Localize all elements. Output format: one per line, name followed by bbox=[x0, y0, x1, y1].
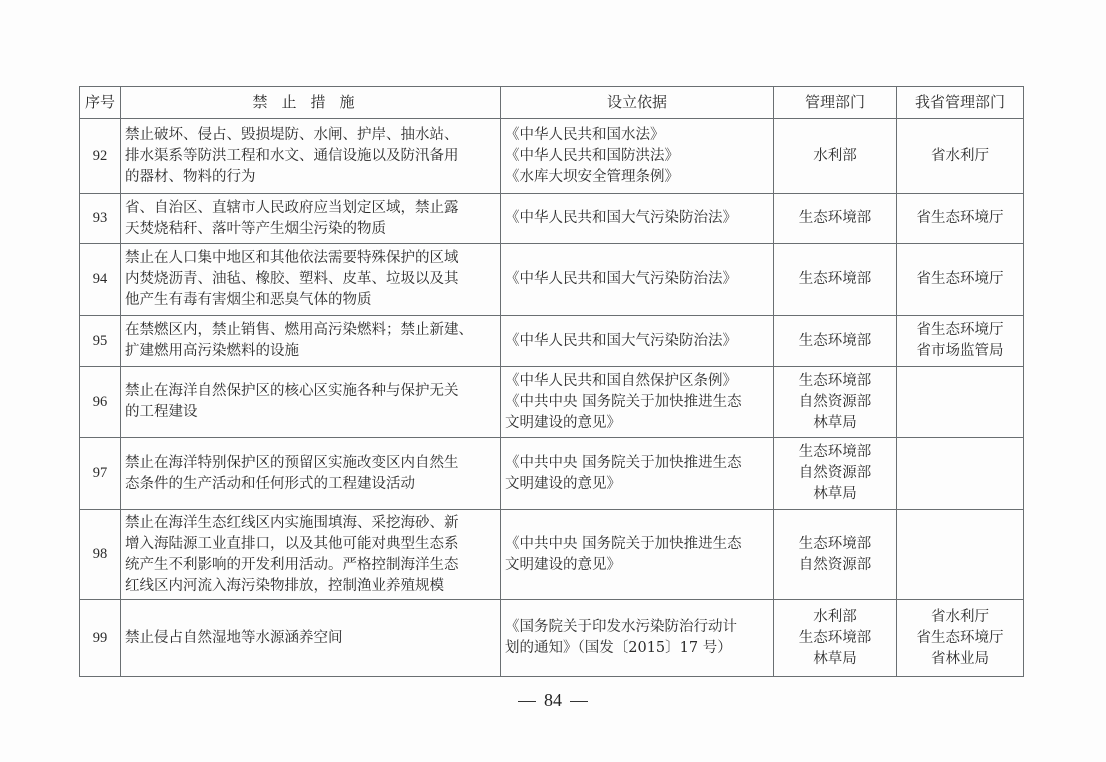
managing-department-line: 生态环境部 bbox=[778, 208, 892, 229]
prohibition-measure-line: 他产生有毒有害烟尘和恶臭气体的物质 bbox=[125, 290, 496, 311]
legal-basis-line: 《中华人民共和国自然保护区条例》 bbox=[505, 371, 769, 392]
managing-department-line: 生态环境部 bbox=[778, 628, 892, 649]
managing-department-line: 生态环境部 bbox=[778, 331, 892, 352]
table-row: 97禁止在海洋特别保护区的预留区实施改变区内自然生态条件的生产活动和任何形式的工… bbox=[80, 438, 1024, 510]
managing-department-line: 生态环境部 bbox=[778, 269, 892, 290]
prohibition-measure: 禁止破坏、侵占、毁损堤防、水闸、护岸、抽水站、排水渠系等防洪工程和水文、通信设施… bbox=[121, 119, 501, 194]
managing-department: 水利部 bbox=[774, 119, 897, 194]
managing-department: 生态环境部自然资源部 bbox=[774, 510, 897, 600]
prohibition-measure: 禁止侵占自然湿地等水源涵养空间 bbox=[121, 600, 501, 677]
header-prov-dept: 我省管理部门 bbox=[897, 87, 1024, 119]
provincial-department bbox=[897, 510, 1024, 600]
legal-basis: 《中华人民共和国自然保护区条例》《中共中央 国务院关于加快推进生态文明建设的意见… bbox=[501, 367, 774, 438]
row-index: 95 bbox=[80, 316, 121, 367]
legal-basis: 《中华人民共和国水法》《中华人民共和国防洪法》《水库大坝安全管理条例》 bbox=[501, 119, 774, 194]
prohibition-measure-line: 内焚烧沥青、油毡、橡胶、塑料、皮革、垃圾以及其 bbox=[125, 269, 496, 290]
legal-basis: 《中华人民共和国大气污染防治法》 bbox=[501, 194, 774, 244]
legal-basis-line: 《中华人民共和国防洪法》 bbox=[505, 146, 769, 167]
legal-basis: 《中共中央 国务院关于加快推进生态文明建设的意见》 bbox=[501, 510, 774, 600]
prohibition-measure: 在禁燃区内，禁止销售、燃用高污染燃料；禁止新建、扩建燃用高污染燃料的设施 bbox=[121, 316, 501, 367]
provincial-department: 省水利厅省生态环境厅省林业局 bbox=[897, 600, 1024, 677]
managing-department-line: 林草局 bbox=[778, 484, 892, 505]
prohibition-measure-line: 在禁燃区内，禁止销售、燃用高污染燃料；禁止新建、 bbox=[125, 320, 496, 341]
prohibition-measures-table: 序号 禁止措施 设立依据 管理部门 我省管理部门 92禁止破坏、侵占、毁损堤防、… bbox=[79, 86, 1024, 677]
legal-basis-line: 《中共中央 国务院关于加快推进生态 bbox=[505, 392, 769, 413]
prohibition-measure-line: 禁止在海洋特别保护区的预留区实施改变区内自然生 bbox=[125, 453, 496, 474]
prohibition-measure-line: 天焚烧秸秆、落叶等产生烟尘污染的物质 bbox=[125, 219, 496, 240]
prohibition-measure: 禁止在海洋特别保护区的预留区实施改变区内自然生态条件的生产活动和任何形式的工程建… bbox=[121, 438, 501, 510]
provincial-department: 省水利厅 bbox=[897, 119, 1024, 194]
provincial-department bbox=[897, 438, 1024, 510]
legal-basis-line: 文明建设的意见》 bbox=[505, 413, 769, 434]
header-measure: 禁止措施 bbox=[121, 87, 501, 119]
legal-basis: 《中华人民共和国大气污染防治法》 bbox=[501, 316, 774, 367]
legal-basis-line: 《中华人民共和国大气污染防治法》 bbox=[505, 208, 769, 229]
prohibition-measure-line: 禁止侵占自然湿地等水源涵养空间 bbox=[125, 628, 496, 649]
table-row: 94禁止在人口集中地区和其他依法需要特殊保护的区域内焚烧沥青、油毡、橡胶、塑料、… bbox=[80, 244, 1024, 316]
row-index: 97 bbox=[80, 438, 121, 510]
prohibition-measure-line: 增入海陆源工业直排口，以及其他可能对典型生态系 bbox=[125, 534, 496, 555]
managing-department-line: 生态环境部 bbox=[778, 442, 892, 463]
provincial-department-line: 省生态环境厅 bbox=[901, 208, 1019, 229]
provincial-department: 省生态环境厅 bbox=[897, 244, 1024, 316]
managing-department-line: 生态环境部 bbox=[778, 371, 892, 392]
row-index: 94 bbox=[80, 244, 121, 316]
prohibition-measure-line: 红线区内河流入海污染物排放，控制渔业养殖规模 bbox=[125, 576, 496, 597]
prohibition-measure-line: 的器材、物料的行为 bbox=[125, 167, 496, 188]
managing-department-line: 水利部 bbox=[778, 607, 892, 628]
provincial-department-line: 省生态环境厅 bbox=[901, 269, 1019, 290]
legal-basis-line: 《中华人民共和国大气污染防治法》 bbox=[505, 269, 769, 290]
dash-left bbox=[518, 701, 536, 702]
legal-basis: 《中共中央 国务院关于加快推进生态文明建设的意见》 bbox=[501, 438, 774, 510]
prohibition-measure: 禁止在人口集中地区和其他依法需要特殊保护的区域内焚烧沥青、油毡、橡胶、塑料、皮革… bbox=[121, 244, 501, 316]
legal-basis-line: 《水库大坝安全管理条例》 bbox=[505, 167, 769, 188]
managing-department-line: 林草局 bbox=[778, 413, 892, 434]
legal-basis: 《国务院关于印发水污染防治行动计划的通知》（国发〔2015〕17 号） bbox=[501, 600, 774, 677]
prohibition-measure-line: 扩建燃用高污染燃料的设施 bbox=[125, 341, 496, 362]
provincial-department-line: 省水利厅 bbox=[901, 607, 1019, 628]
table-row: 96禁止在海洋自然保护区的核心区实施各种与保护无关的工程建设《中华人民共和国自然… bbox=[80, 367, 1024, 438]
legal-basis-line: 文明建设的意见》 bbox=[505, 474, 769, 495]
legal-basis-line: 《中华人民共和国大气污染防治法》 bbox=[505, 331, 769, 352]
table-body: 92禁止破坏、侵占、毁损堤防、水闸、护岸、抽水站、排水渠系等防洪工程和水文、通信… bbox=[80, 119, 1024, 677]
provincial-department: 省生态环境厅 bbox=[897, 194, 1024, 244]
managing-department-line: 生态环境部 bbox=[778, 534, 892, 555]
managing-department-line: 自然资源部 bbox=[778, 392, 892, 413]
table-row: 99禁止侵占自然湿地等水源涵养空间《国务院关于印发水污染防治行动计划的通知》（国… bbox=[80, 600, 1024, 677]
table-header-row: 序号 禁止措施 设立依据 管理部门 我省管理部门 bbox=[80, 87, 1024, 119]
page-footer: 84 bbox=[0, 690, 1106, 711]
provincial-department bbox=[897, 367, 1024, 438]
table-row: 92禁止破坏、侵占、毁损堤防、水闸、护岸、抽水站、排水渠系等防洪工程和水文、通信… bbox=[80, 119, 1024, 194]
provincial-department-line: 省生态环境厅 bbox=[901, 320, 1019, 341]
legal-basis: 《中华人民共和国大气污染防治法》 bbox=[501, 244, 774, 316]
provincial-department-line: 省水利厅 bbox=[901, 146, 1019, 167]
row-index: 96 bbox=[80, 367, 121, 438]
legal-basis-line: 文明建设的意见》 bbox=[505, 555, 769, 576]
prohibition-measure-line: 禁止在人口集中地区和其他依法需要特殊保护的区域 bbox=[125, 248, 496, 269]
table-row: 93省、自治区、直辖市人民政府应当划定区域，禁止露天焚烧秸秆、落叶等产生烟尘污染… bbox=[80, 194, 1024, 244]
prohibition-measure-line: 统产生不利影响的开发利用活动。严格控制海洋生态 bbox=[125, 555, 496, 576]
managing-department: 生态环境部 bbox=[774, 244, 897, 316]
legal-basis-line: 《中共中央 国务院关于加快推进生态 bbox=[505, 534, 769, 555]
prohibition-measure-line: 禁止在海洋生态红线区内实施围填海、采挖海砂、新 bbox=[125, 513, 496, 534]
managing-department: 生态环境部 bbox=[774, 194, 897, 244]
provincial-department-line: 省林业局 bbox=[901, 649, 1019, 670]
document-page: 序号 禁止措施 设立依据 管理部门 我省管理部门 92禁止破坏、侵占、毁损堤防、… bbox=[0, 0, 1106, 762]
managing-department: 生态环境部自然资源部林草局 bbox=[774, 367, 897, 438]
prohibition-measure-line: 禁止在海洋自然保护区的核心区实施各种与保护无关 bbox=[125, 381, 496, 402]
prohibition-measure-line: 禁止破坏、侵占、毁损堤防、水闸、护岸、抽水站、 bbox=[125, 125, 496, 146]
managing-department-line: 自然资源部 bbox=[778, 555, 892, 576]
table-row: 95在禁燃区内，禁止销售、燃用高污染燃料；禁止新建、扩建燃用高污染燃料的设施《中… bbox=[80, 316, 1024, 367]
provincial-department-line: 省市场监管局 bbox=[901, 341, 1019, 362]
managing-department: 生态环境部 bbox=[774, 316, 897, 367]
managing-department-line: 水利部 bbox=[778, 146, 892, 167]
legal-basis-line: 《中华人民共和国水法》 bbox=[505, 125, 769, 146]
row-index: 98 bbox=[80, 510, 121, 600]
prohibition-measure-line: 的工程建设 bbox=[125, 402, 496, 423]
legal-basis-line: 《国务院关于印发水污染防治行动计 bbox=[505, 617, 769, 638]
prohibition-measure-line: 排水渠系等防洪工程和水文、通信设施以及防汛备用 bbox=[125, 146, 496, 167]
row-index: 99 bbox=[80, 600, 121, 677]
prohibition-measure: 禁止在海洋自然保护区的核心区实施各种与保护无关的工程建设 bbox=[121, 367, 501, 438]
header-dept: 管理部门 bbox=[774, 87, 897, 119]
prohibition-measure: 省、自治区、直辖市人民政府应当划定区域，禁止露天焚烧秸秆、落叶等产生烟尘污染的物… bbox=[121, 194, 501, 244]
legal-basis-line: 《中共中央 国务院关于加快推进生态 bbox=[505, 453, 769, 474]
managing-department-line: 林草局 bbox=[778, 649, 892, 670]
row-index: 92 bbox=[80, 119, 121, 194]
provincial-department-line: 省生态环境厅 bbox=[901, 628, 1019, 649]
page-number: 84 bbox=[544, 690, 562, 710]
managing-department: 水利部生态环境部林草局 bbox=[774, 600, 897, 677]
header-index: 序号 bbox=[80, 87, 121, 119]
header-basis: 设立依据 bbox=[501, 87, 774, 119]
legal-basis-line: 划的通知》（国发〔2015〕17 号） bbox=[505, 638, 769, 659]
managing-department-line: 自然资源部 bbox=[778, 463, 892, 484]
provincial-department: 省生态环境厅省市场监管局 bbox=[897, 316, 1024, 367]
prohibition-measure: 禁止在海洋生态红线区内实施围填海、采挖海砂、新增入海陆源工业直排口，以及其他可能… bbox=[121, 510, 501, 600]
dash-right bbox=[570, 701, 588, 702]
row-index: 93 bbox=[80, 194, 121, 244]
managing-department: 生态环境部自然资源部林草局 bbox=[774, 438, 897, 510]
prohibition-measure-line: 态条件的生产活动和任何形式的工程建设活动 bbox=[125, 474, 496, 495]
table-row: 98禁止在海洋生态红线区内实施围填海、采挖海砂、新增入海陆源工业直排口，以及其他… bbox=[80, 510, 1024, 600]
prohibition-measure-line: 省、自治区、直辖市人民政府应当划定区域，禁止露 bbox=[125, 198, 496, 219]
